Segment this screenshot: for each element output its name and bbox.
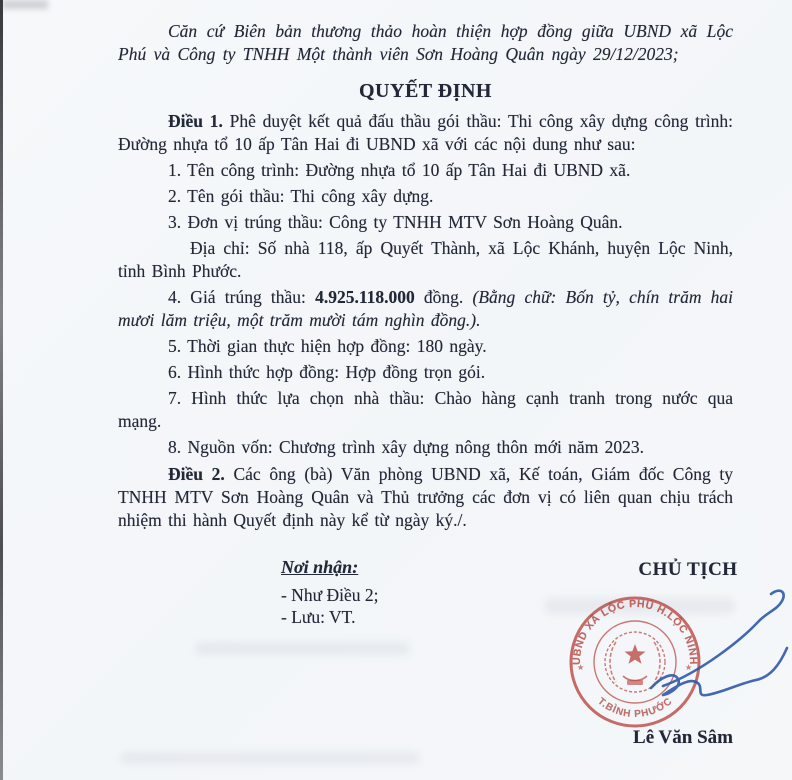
item-4-amount: 4.925.118.000 [315,287,415,307]
item-2-package-name: 2. Tên gói thầu: Thi công xây dựng. [118,185,733,208]
article-2-paragraph: Điều 2. Các ông (bà) Văn phòng UBND xã, … [118,463,733,532]
recipients-block: Nơi nhận: - Như Điều 2; - Lưu: VT. [281,556,378,628]
signature-upstroke [663,591,784,686]
decree-title: QUYẾT ĐỊNH [118,78,733,104]
item-1-project-name: 1. Tên công trình: Đường nhựa tổ 10 ấp T… [118,159,733,182]
article-1-paragraph: Điều 1. Phê duyệt kết quả đấu thầu gói t… [118,110,733,156]
citation-paragraph: Căn cứ Biên bản thương thảo hoàn thiện h… [118,20,733,66]
document-page: Căn cứ Biên bản thương thảo hoàn thiện h… [0,0,792,780]
recipients-heading: Nơi nhận: [281,556,378,578]
recipient-line: - Lưu: VT. [281,606,378,628]
signer-title: CHỦ TỊCH [608,558,768,581]
article-1-label: Điều 1. [168,111,223,131]
item-7-selection-method: 7. Hình thức lựa chọn nhà thầu: Chào hàn… [118,387,733,433]
item-3-address-line: Địa chỉ: Số nhà 118, ấp Quyết Thành, xã … [118,237,733,283]
item-8-funding-source: 8. Nguồn vốn: Chương trình xây dựng nông… [118,436,733,459]
seal-star-left: ★ [577,663,584,672]
signer-name: Lê Văn Sâm [598,726,768,749]
item-4-mid: đồng. [415,287,473,307]
item-4-winning-price: 4. Giá trúng thầu: 4.925.118.000 đồng. (… [118,286,733,332]
signature-stroke [623,584,792,709]
item-4-prefix: 4. Giá trúng thầu: [168,287,315,307]
item-3-winning-bidder: 3. Đơn vị trúng thầu: Công ty TNHH MTV S… [118,211,733,234]
item-5-duration: 5. Thời gian thực hiện hợp đồng: 180 ngà… [118,335,733,358]
recipient-line: - Như Điều 2; [281,584,378,606]
item-6-contract-type: 6. Hình thức hợp đồng: Hợp đồng trọn gói… [118,361,733,384]
document-footer: Nơi nhận: - Như Điều 2; - Lưu: VT. CHỦ T… [118,556,733,780]
article-2-label: Điều 2. [168,464,225,484]
document-body: Căn cứ Biên bản thương thảo hoàn thiện h… [0,0,792,780]
